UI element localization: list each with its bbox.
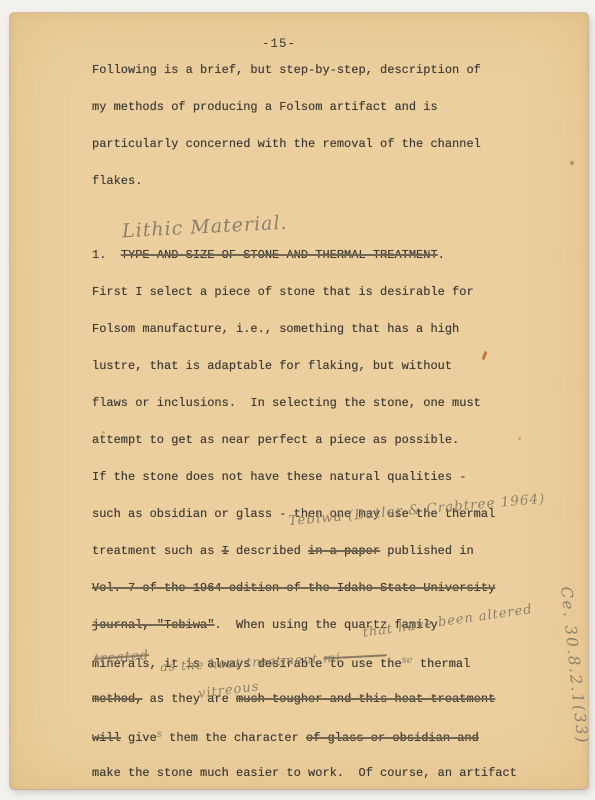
typed-text: described <box>229 544 308 558</box>
typed-line: lustre, that is adaptable for flaking, b… <box>92 359 568 396</box>
typed-text: lustre, that is adaptable for flaking, b… <box>92 359 452 373</box>
paper-stain <box>570 161 574 165</box>
struck-text: will <box>92 731 121 745</box>
struck-text: Vol. 7 of the 1964 edition of the Idaho … <box>92 581 495 595</box>
typed-line: attempt to get as near perfect a piece a… <box>92 433 568 470</box>
scanned-page: -15- Following is a brief, but step-by-s… <box>10 13 588 789</box>
typed-line: First I select a piece of stone that is … <box>92 285 568 322</box>
typed-text: thermal <box>413 657 471 671</box>
typed-text: them the character <box>162 731 306 745</box>
typed-text: treatment such as <box>92 544 222 558</box>
typed-text: flaws or inclusions. In selecting the st… <box>92 396 481 410</box>
typed-text: my methods of producing a Folsom artifac… <box>92 100 438 114</box>
typed-text-block: Following is a brief, but step-by-step, … <box>92 63 568 800</box>
typed-text: published in <box>380 544 474 558</box>
typed-text: 1. <box>92 248 121 262</box>
typed-text: flakes. <box>92 174 142 188</box>
typed-line: flakes. <box>92 174 568 211</box>
paper-stain <box>102 431 105 434</box>
typed-line: make the stone much easier to work. Of c… <box>92 766 568 800</box>
handwriting-comma: , <box>387 647 393 662</box>
struck-text: of glass or obsidian and <box>306 731 479 745</box>
struck-text: journal, "Tebiwa" <box>92 618 214 632</box>
typed-text: . <box>438 248 445 262</box>
struck-text: TYPE AND SIZE OF STONE AND THERMAL TREAT… <box>121 248 438 262</box>
typed-text: Folsom manufacture, i.e., something that… <box>92 322 459 336</box>
typed-text: make the stone much easier to work. Of c… <box>92 766 517 780</box>
typed-line: Following is a brief, but step-by-step, … <box>92 63 568 100</box>
typed-text: give <box>121 731 157 745</box>
typed-line: flaws or inclusions. In selecting the st… <box>92 396 568 433</box>
typed-text: attempt to get as near perfect a piece a… <box>92 433 459 447</box>
page-number: -15- <box>10 37 548 51</box>
typed-line: particularly concerned with the removal … <box>92 137 568 174</box>
typed-text: First I select a piece of stone that is … <box>92 285 474 299</box>
struck-text: much tougher and this heat treatment <box>236 692 495 706</box>
typed-line: 1. TYPE AND SIZE OF STONE AND THERMAL TR… <box>92 248 568 285</box>
typed-text: particularly concerned with the removal … <box>92 137 481 151</box>
typed-line: will gives them the character of glass o… <box>92 729 568 766</box>
typed-line: Folsom manufacture, i.e., something that… <box>92 322 568 359</box>
paper-stain <box>518 437 521 440</box>
typed-line: method, as they are much tougher and thi… <box>92 692 568 729</box>
struck-text: method, <box>92 692 142 706</box>
struck-text: I <box>222 544 229 558</box>
typed-text: Following is a brief, but step-by-step, … <box>92 63 481 77</box>
pencil-insertion: se <box>402 655 413 666</box>
typed-text: If the stone does not have these natural… <box>92 470 466 484</box>
struck-text: in a paper <box>308 544 380 558</box>
typed-line: treatment such as I described in a paper… <box>92 544 568 581</box>
typed-line: my methods of producing a Folsom artifac… <box>92 100 568 137</box>
